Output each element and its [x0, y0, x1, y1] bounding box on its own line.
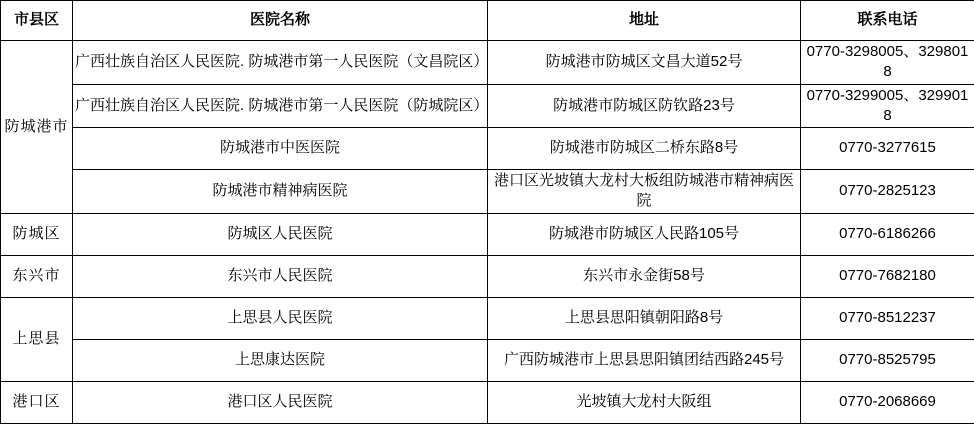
phone-cell: 0770-3299005、3299018 — [801, 84, 974, 128]
hospital-cell: 防城港市中医医院 — [73, 128, 488, 170]
region-cell: 东兴市 — [1, 255, 73, 297]
phone-cell: 0770-3298005、3298018 — [801, 41, 974, 85]
table-row: 防城区 防城区人民医院 防城港市防城区人民路105号 0770-6186266 — [1, 213, 974, 255]
hospital-cell: 广西壮族自治区人民医院. 防城港市第一人民医院（防城院区） — [73, 84, 488, 128]
column-header-address: 地址 — [488, 1, 801, 41]
table-row: 东兴市 东兴市人民医院 东兴市永金街58号 0770-7682180 — [1, 255, 974, 297]
region-cell: 港口区 — [1, 381, 73, 423]
table-row: 防城港市 广西壮族自治区人民医院. 防城港市第一人民医院（文昌院区） 防城港市防… — [1, 41, 974, 85]
address-cell: 防城港市防城区防钦路23号 — [488, 84, 801, 128]
table-row: 广西壮族自治区人民医院. 防城港市第一人民医院（防城院区） 防城港市防城区防钦路… — [1, 84, 974, 128]
table-row: 防城港市中医医院 防城港市防城区二桥东路8号 0770-3277615 — [1, 128, 974, 170]
hospital-cell: 防城港市精神病医院 — [73, 170, 488, 214]
address-cell: 东兴市永金街58号 — [488, 255, 801, 297]
address-cell: 广西防城港市上思县思阳镇团结西路245号 — [488, 339, 801, 381]
phone-cell: 0770-8525795 — [801, 339, 974, 381]
address-cell: 港口区光坡镇大龙村大板组防城港市精神病医院 — [488, 170, 801, 214]
table-row: 上思康达医院 广西防城港市上思县思阳镇团结西路245号 0770-8525795 — [1, 339, 974, 381]
hospital-cell: 东兴市人民医院 — [73, 255, 488, 297]
hospital-cell: 防城区人民医院 — [73, 213, 488, 255]
address-cell: 防城港市防城区二桥东路8号 — [488, 128, 801, 170]
phone-cell: 0770-2825123 — [801, 170, 974, 214]
table-row: 上思县 上思县人民医院 上思县思阳镇朝阳路8号 0770-8512237 — [1, 297, 974, 339]
column-header-region: 市县区 — [1, 1, 73, 41]
phone-cell: 0770-3277615 — [801, 128, 974, 170]
hospital-cell: 港口区人民医院 — [73, 381, 488, 423]
column-header-phone: 联系电话 — [801, 1, 974, 41]
phone-cell: 0770-6186266 — [801, 213, 974, 255]
hospital-cell: 上思康达医院 — [73, 339, 488, 381]
phone-cell: 0770-7682180 — [801, 255, 974, 297]
column-header-hospital: 医院名称 — [73, 1, 488, 41]
address-cell: 防城港市防城区人民路105号 — [488, 213, 801, 255]
hospital-cell: 上思县人民医院 — [73, 297, 488, 339]
address-cell: 光坡镇大龙村大阪组 — [488, 381, 801, 423]
region-cell: 上思县 — [1, 297, 73, 381]
hospital-contact-table: 市县区 医院名称 地址 联系电话 防城港市 广西壮族自治区人民医院. 防城港市第… — [0, 0, 974, 424]
address-cell: 上思县思阳镇朝阳路8号 — [488, 297, 801, 339]
region-cell: 防城区 — [1, 213, 73, 255]
table-row: 防城港市精神病医院 港口区光坡镇大龙村大板组防城港市精神病医院 0770-282… — [1, 170, 974, 214]
table-header-row: 市县区 医院名称 地址 联系电话 — [1, 1, 974, 41]
hospital-cell: 广西壮族自治区人民医院. 防城港市第一人民医院（文昌院区） — [73, 41, 488, 85]
address-cell: 防城港市防城区文昌大道52号 — [488, 41, 801, 85]
region-cell: 防城港市 — [1, 41, 73, 214]
table-row: 港口区 港口区人民医院 光坡镇大龙村大阪组 0770-2068669 — [1, 381, 974, 423]
phone-cell: 0770-2068669 — [801, 381, 974, 423]
phone-cell: 0770-8512237 — [801, 297, 974, 339]
